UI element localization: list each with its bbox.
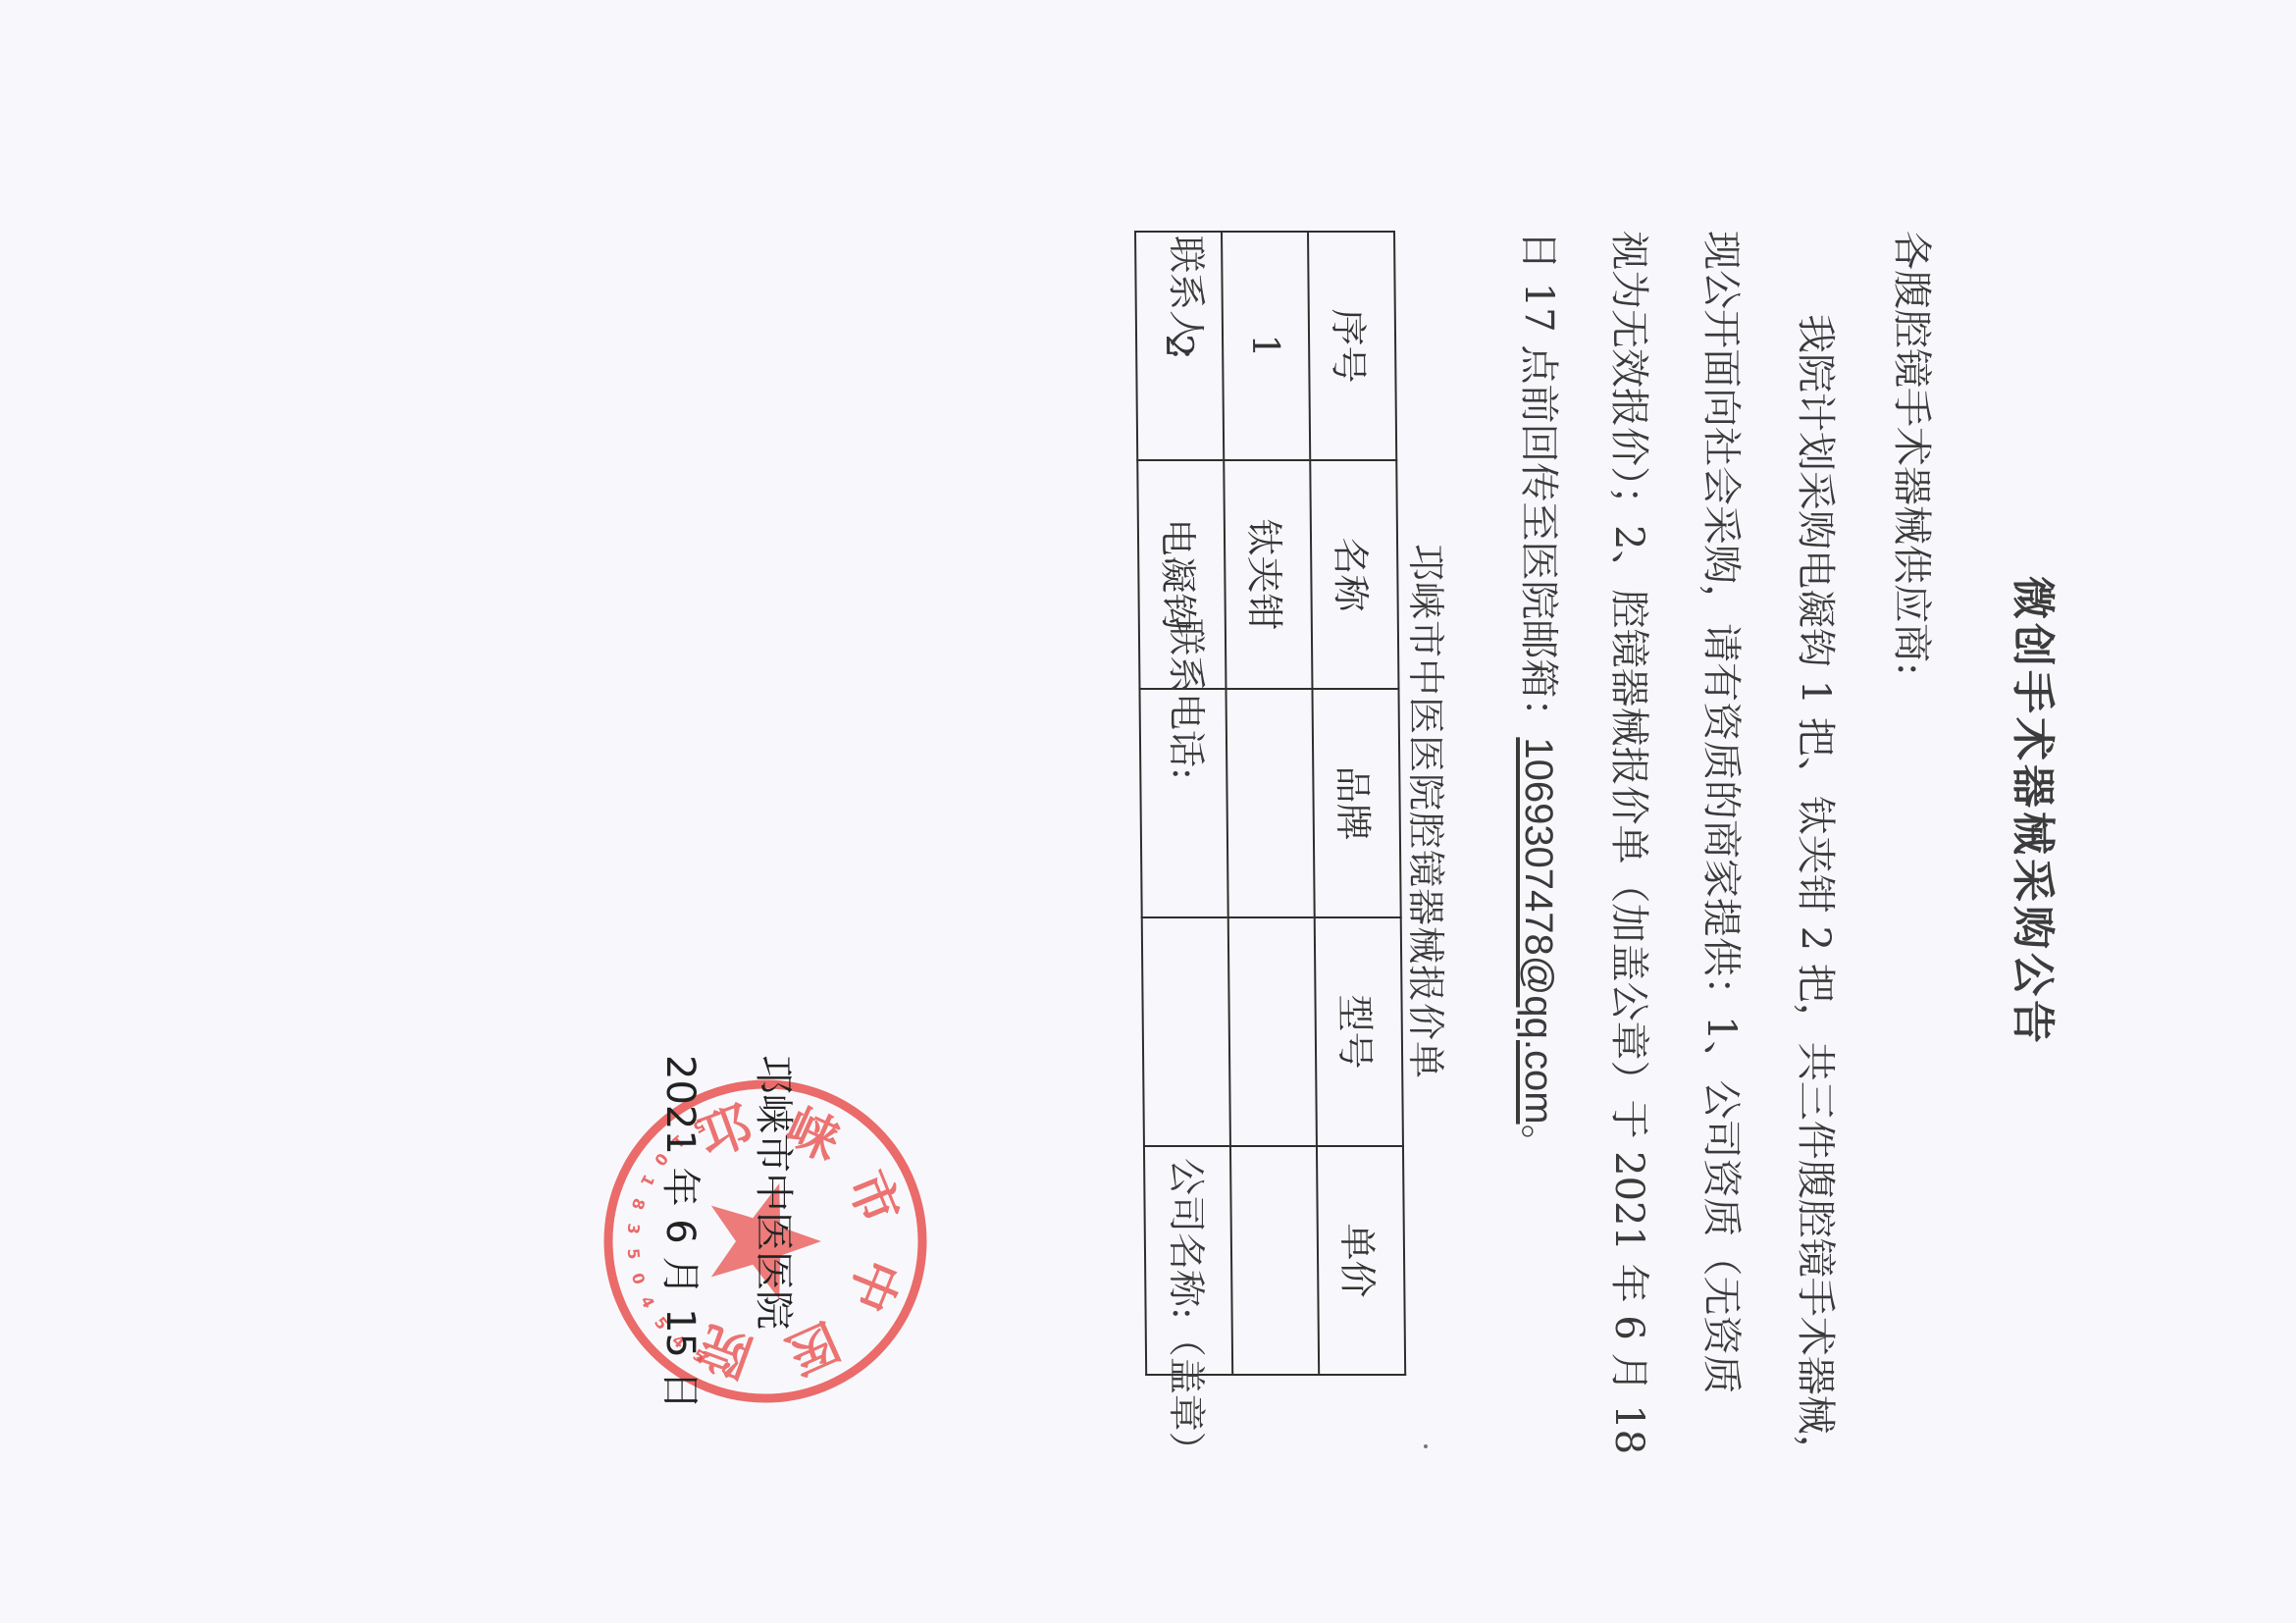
svg-text:3: 3 — [624, 1223, 644, 1235]
table-cell[interactable] — [1226, 689, 1314, 917]
scanned-document-page: 微创手术器械采购公告 各腹腔镜手术器械供应商: 我院计划采购电凝钩 1 把、钛夹… — [0, 0, 2296, 1623]
table-cell: 钛夹钳 — [1224, 460, 1312, 689]
signature-organization: 邛崃市中医医院 — [749, 1055, 805, 1330]
table-cell[interactable] — [1230, 1146, 1319, 1375]
signature-date: 2021 年 6 月 15 日 — [655, 1055, 711, 1410]
paragraph-line: 日 17 点前回传至医院邮箱：1069307478@qq.com。 — [1519, 231, 1558, 1164]
paragraph-line: 现公开面向社会采购，请有资质的商家提供：1、公司资质（无资质 — [1701, 231, 1741, 1393]
company-name-label: 公司名称:（盖章） — [1163, 1158, 1217, 1469]
table-header-row: 序号名称品牌型号单价 — [1308, 232, 1405, 1375]
column-header: 序号 — [1308, 232, 1396, 460]
column-header: 单价 — [1317, 1146, 1405, 1375]
scan-speck — [1424, 1444, 1428, 1448]
paragraph-line: 视为无效报价）；2、腔镜器械报价单（加盖公章）于 2021 年 6 月 18 — [1609, 231, 1648, 1454]
email-link[interactable]: 1069307478@qq.com — [1517, 737, 1560, 1124]
svg-text:5: 5 — [624, 1247, 644, 1260]
table-cell[interactable] — [1228, 917, 1317, 1146]
quote-form-title: 邛崃市中医医院腔镜器械报价单 — [1402, 0, 1456, 1623]
paragraph-line: 我院计划采购电凝钩 1 把、钛夹钳 2 把，共三件腹腔镜手术器械， — [1796, 314, 1835, 1474]
table-cell[interactable] — [1142, 917, 1230, 1146]
salutation: 各腹腔镜手术器械供应商: — [1892, 231, 1931, 675]
column-header: 名称 — [1310, 460, 1398, 689]
table-cell: 1 — [1222, 232, 1310, 460]
svg-text:中: 中 — [836, 1250, 910, 1320]
paragraph-line-text: 日 17 点前回传至医院邮箱： — [1516, 231, 1561, 737]
svg-text:0: 0 — [628, 1271, 649, 1286]
contact-phone-label: 联系电话: — [1163, 618, 1217, 780]
svg-text:市: 市 — [836, 1163, 910, 1232]
column-header: 型号 — [1315, 917, 1403, 1146]
table-row: 1钛夹钳 — [1222, 232, 1319, 1375]
email-suffix: 。 — [1516, 1125, 1561, 1164]
document-title: 微创手术器械采购公告 — [2006, 0, 2068, 1623]
column-header: 品牌 — [1312, 689, 1400, 917]
contact-person-label: 联系人: — [1163, 236, 1217, 360]
svg-text:8: 8 — [628, 1196, 649, 1212]
